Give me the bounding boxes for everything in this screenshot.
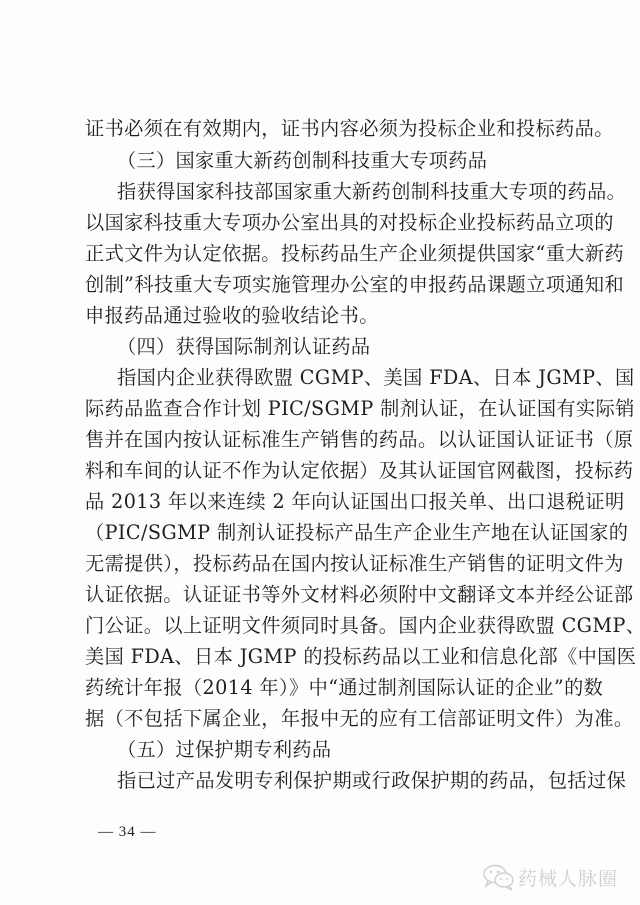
paragraph-line: 料和车间的认证不作为认定依据）及其认证国官网截图，投标药 [85,455,557,486]
wechat-icon [482,863,516,891]
paragraph-line: 门公证。以上证明文件须同时具备。国内企业获得欧盟 CGMP、 [85,610,557,641]
paragraph-line: 正式文件为认定依据。投标药品生产企业须提供国家“重大新药 [85,238,557,269]
document-page: 证书必须在有效期内，证书内容必须为投标企业和投标药品。 （三）国家重大新药创制科… [0,0,640,905]
watermark-text: 药械人脉圈 [518,864,618,891]
paragraph-line: 美国 FDA、日本 JGMP 的投标药品以工业和信息化部《中国医 [85,641,557,672]
section-heading-4: （四）获得国际制剂认证药品 [117,331,589,362]
paragraph-line: 药统计年报（2014 年）》中“通过制剂国际认证的企业”的数 [85,672,557,703]
paragraph-line: 品 2013 年以来连续 2 年向认证国出口报关单、出口退税证明 [85,486,557,517]
section-heading-5: （五）过保护期专利药品 [117,734,589,765]
page-number: — 34 — [98,820,157,844]
paragraph-line: 无需提供），投标药品在国内按认证标准生产销售的证明文件为 [85,548,557,579]
paragraph-line: 创制”科技重大专项实施管理办公室的申报药品课题立项通知和 [85,269,557,300]
section-heading-3: （三）国家重大新药创制科技重大专项药品 [117,145,589,176]
paragraph-line: 以国家科技重大专项办公室出具的对投标企业投标药品立项的 [85,207,557,238]
paragraph-line: 售并在国内按认证标准生产销售的药品。以认证国认证证书（原 [85,424,557,455]
paragraph-line: 证书必须在有效期内，证书内容必须为投标企业和投标药品。 [85,113,557,144]
paragraph-line: 指获得国家科技部国家重大新药创制科技重大专项的药品。 [117,176,557,207]
watermark: 药械人脉圈 [482,862,618,892]
paragraph-line: 据（不包括下属企业，年报中无的应有工信部证明文件）为准。 [85,703,557,734]
paragraph-line: 指国内企业获得欧盟 CGMP、美国 FDA、日本 JGMP、国 [117,362,557,393]
paragraph-line: （PIC/SGMP 制剂认证投标产品生产企业生产地在认证国家的 [85,517,557,548]
paragraph-line: 指已过产品发明专利保护期或行政保护期的药品，包括过保 [117,765,557,796]
paragraph-line: 认证依据。认证证书等外文材料必须附中文翻译文本并经公证部 [85,579,557,610]
paragraph-line: 际药品监查合作计划 PIC/SGMP 制剂认证，在认证国有实际销 [85,393,557,424]
paragraph-line: 申报药品通过验收的验收结论书。 [85,300,557,331]
